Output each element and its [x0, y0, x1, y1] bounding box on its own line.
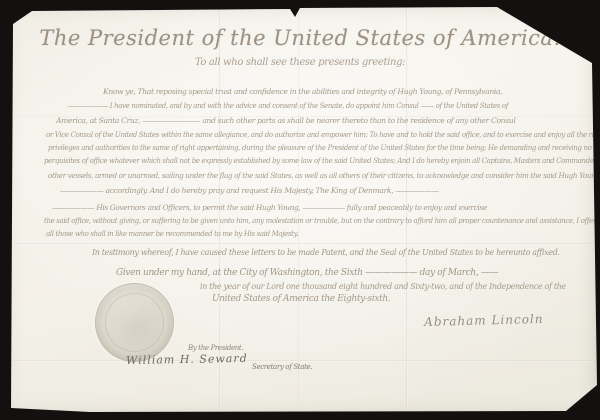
body-line: privileges and authorities to the same o…	[48, 144, 600, 152]
body-line: —————— accordingly. And I do hereby pray…	[60, 186, 439, 195]
body-line: all those who shall in like manner be re…	[46, 230, 298, 238]
testimonium-line: In testimony whereof, I have caused thes…	[92, 248, 560, 257]
testimonium-line: in the year of our Lord one thousand eig…	[200, 282, 566, 291]
countersign-label: By the President.	[188, 344, 243, 352]
document-photograph: The President of the United States of Am…	[0, 0, 600, 420]
body-line: Know ye, That reposing special trust and…	[103, 87, 502, 96]
body-line: or Vice Consul of the United States with…	[46, 131, 600, 139]
fold-crease-horizontal-middle	[12, 243, 594, 245]
secretary-title: Secretary of State.	[252, 363, 312, 371]
testimonium-line: United States of America the Eighty-sixt…	[212, 294, 390, 304]
body-line: other vessels, armed or unarmed, sailing…	[48, 171, 600, 180]
embossed-seal-icon	[95, 283, 174, 362]
document-salutation: To all who shall see these presents gree…	[0, 57, 600, 68]
body-line: —————— His Governors and Officers, to pe…	[52, 203, 487, 212]
president-signature: Abraham Lincoln	[424, 312, 544, 329]
body-line: the said office, without giving, or suff…	[44, 217, 600, 225]
testimonium-line: Given under my hand, at the City of Wash…	[116, 268, 498, 278]
body-line: America, at Santa Cruz, ———————— and suc…	[56, 116, 515, 125]
parchment-paper: The President of the United States of Am…	[0, 0, 600, 420]
secretary-signature: William H. Seward	[126, 352, 248, 367]
body-line: —————— I have nominated, and by and with…	[68, 102, 508, 110]
body-line: perquisites of office whatever which sha…	[44, 157, 600, 165]
fold-crease-horizontal-lower	[12, 360, 594, 362]
document-title: The President of the United States of Am…	[0, 26, 600, 50]
